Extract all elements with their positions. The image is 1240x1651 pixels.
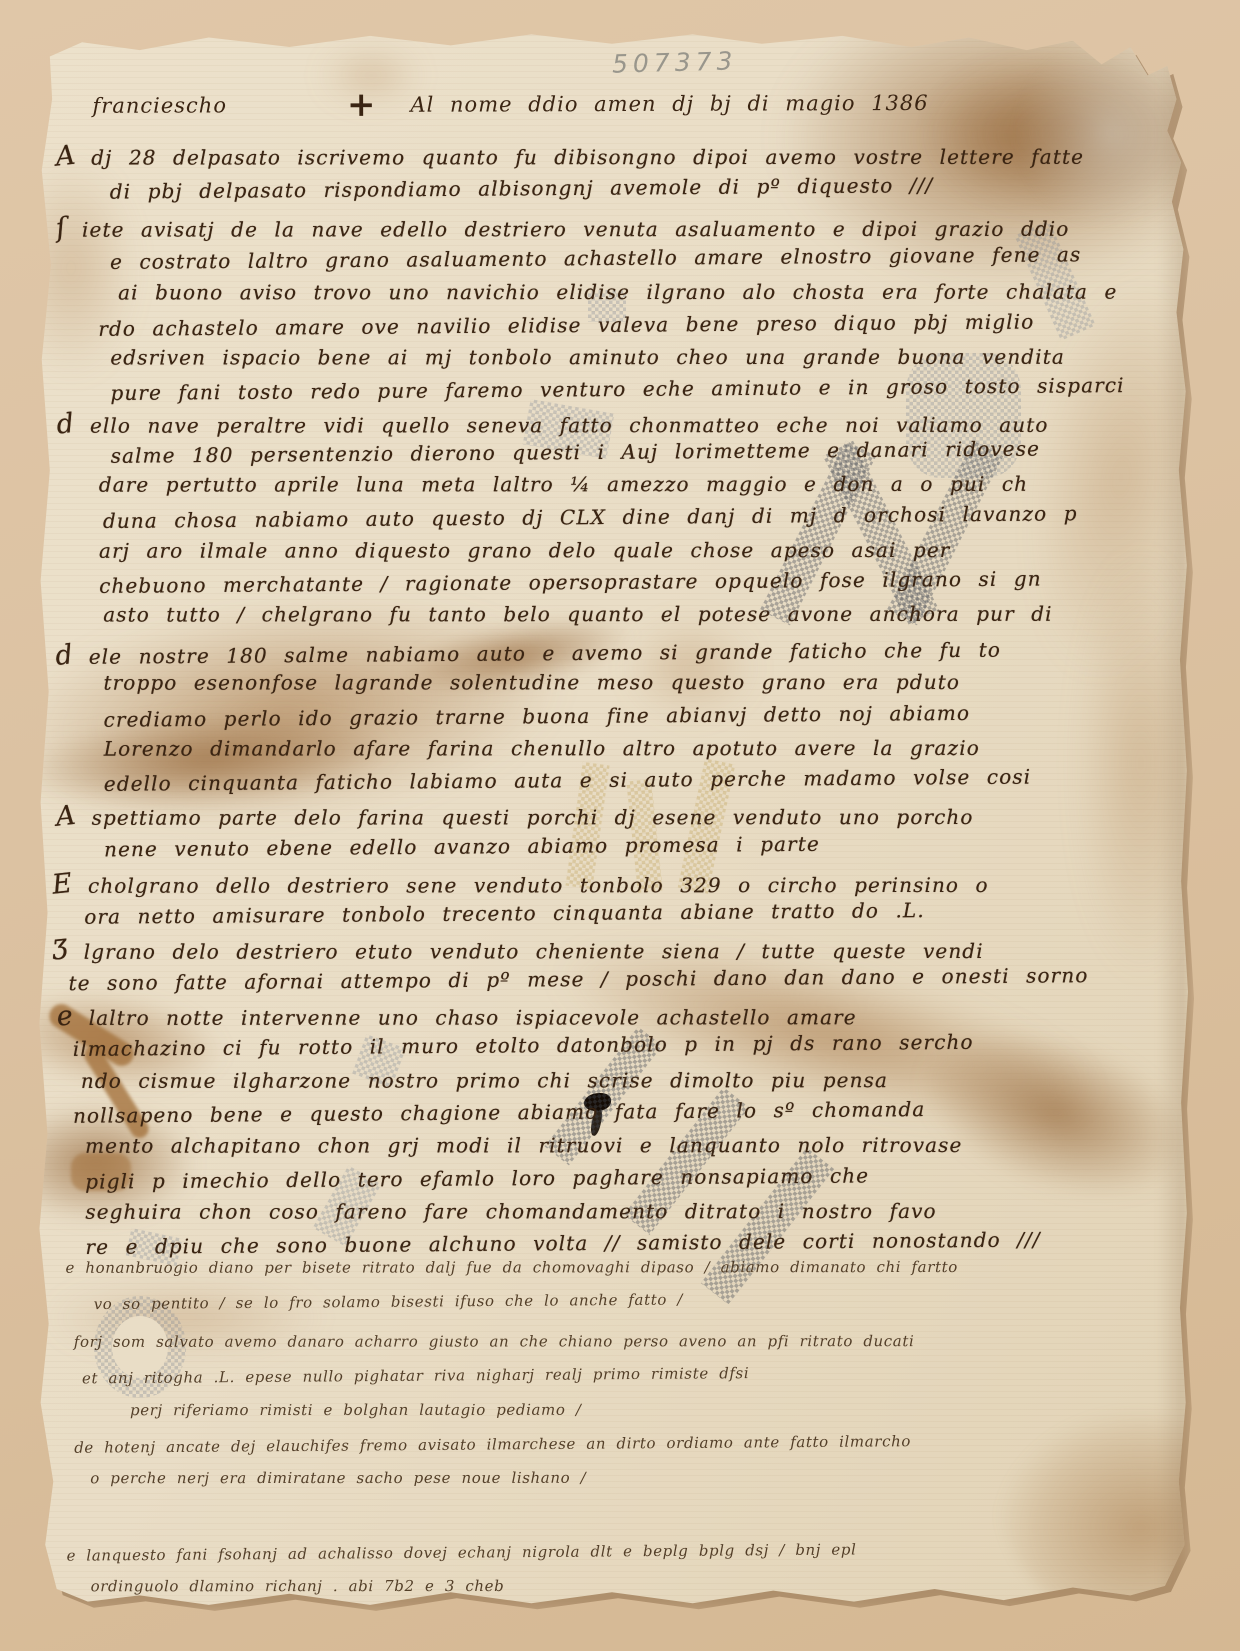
- sender-name: franciescho: [92, 93, 227, 117]
- manuscript-line: crediamo perlo ido grazio trarne buona f…: [104, 701, 971, 732]
- line-text: e honanbruogio diano per bisete ritrato …: [66, 1258, 958, 1277]
- line-text: lgrano delo destriero etuto venduto chen…: [84, 939, 984, 964]
- manuscript-line: chebuono merchatante / ragionate opersop…: [99, 566, 1042, 597]
- line-text: arj aro ilmale anno diquesto grano delo …: [99, 538, 950, 563]
- line-text: dj 28 delpasato iscrivemo quanto fu dibi…: [91, 145, 1084, 170]
- margin-initial: e: [55, 1000, 75, 1033]
- line-text: de hotenj ancate dej elauchifes fremo av…: [74, 1432, 911, 1457]
- line-text: edello cinquanta faticho labiamo auta e …: [104, 765, 1031, 796]
- manuscript-line: arj aro ilmale anno diquesto grano delo …: [99, 538, 950, 563]
- manuscript-line: seghuira chon coso fareno fare chomandam…: [85, 1199, 936, 1224]
- line-text: di pbj delpasato rispondiamo albisongnj …: [110, 173, 934, 203]
- margin-initial: d: [54, 639, 76, 672]
- line-text: nollsapeno bene e questo chagione abiamo…: [73, 1097, 926, 1128]
- line-text: laltro notte intervenne uno chaso ispiac…: [89, 1005, 857, 1030]
- line-text: mento alchapitano chon grj modi il ritru…: [85, 1133, 962, 1158]
- manuscript-line: Echolgrano dello destriero sene venduto …: [52, 868, 988, 900]
- manuscript-line: ſiete avisatj de la nave edello destrier…: [56, 212, 1070, 244]
- manuscript-line: nene venuto ebene edello avanzo abiamo p…: [104, 832, 820, 862]
- manuscript-line: pigli p imechio dello tero efamlo loro p…: [85, 1163, 869, 1193]
- line-text: salme 180 persentenzio dierono questi i …: [111, 437, 1040, 468]
- line-text: iete avisatj de la nave edello destriero…: [82, 217, 1069, 242]
- manuscript-line: Ʒlgrano delo destriero etuto venduto che…: [52, 934, 983, 966]
- line-text: edsriven ispacio bene ai mj tonbolo amin…: [110, 345, 1065, 370]
- line-text: ello nave peraltre vidi quello seneva fa…: [90, 413, 1049, 438]
- margin-initial: E: [51, 868, 75, 901]
- line-text: troppo esenonfose lagrande solentudine m…: [103, 670, 959, 695]
- manuscript-line: asto tutto / chelgrano fu tanto belo qua…: [103, 602, 1052, 627]
- line-text: pure fani tosto redo pure faremo venturo…: [110, 373, 1124, 405]
- line-text: seghuira chon coso fareno fare chomandam…: [85, 1199, 936, 1224]
- manuscript-line: vo so pentito / se lo fro solamo bisesti…: [94, 1290, 683, 1313]
- manuscript-line: mento alchapitano chon grj modi il ritru…: [85, 1133, 962, 1158]
- line-text: forj som salvato avemo danaro acharro gi…: [74, 1332, 915, 1351]
- line-text: o perche nerj era dimiratane sacho pese …: [90, 1469, 586, 1487]
- line-text: Lorenzo dimandarlo afare farina chenullo…: [104, 736, 980, 761]
- manuscript-line: dele nostre 180 salme nabiamo auto e ave…: [55, 633, 1001, 671]
- manuscript-line: e honanbruogio diano per bisete ritrato …: [66, 1258, 958, 1277]
- line-text: pigli p imechio dello tero efamlo loro p…: [85, 1163, 869, 1193]
- manuscript-line: ndo cismue ilgharzone nostro primo chi s…: [81, 1068, 888, 1093]
- manuscript-line: o perche nerj era dimiratane sacho pese …: [90, 1469, 586, 1487]
- manuscript-line: et anj ritogha .L. epese nullo pighatar …: [82, 1364, 749, 1387]
- manuscript-line: pure fani tosto redo pure faremo venturo…: [110, 373, 1124, 405]
- manuscript-line: di pbj delpasato rispondiamo albisongnj …: [110, 173, 934, 203]
- line-text: nene venuto ebene edello avanzo abiamo p…: [104, 832, 820, 862]
- manuscript-line: dello nave peraltre vidi quello seneva f…: [57, 408, 1049, 440]
- manuscript-line: Adj 28 delpasato iscrivemo quanto fu dib…: [56, 140, 1084, 172]
- manuscript-line: nollsapeno bene e questo chagione abiamo…: [73, 1097, 926, 1128]
- line-text: chebuono merchatante / ragionate opersop…: [99, 566, 1042, 597]
- invocation-line: Al nome ddio amen dj bj di magio 1386: [410, 91, 928, 117]
- line-text: dare pertutto aprile luna meta laltro ¼ …: [99, 472, 1028, 497]
- line-text: te sono fatte afornai attempo di pº mese…: [68, 963, 1088, 995]
- line-text: e costrato laltro grano asaluamento acha…: [110, 242, 1082, 274]
- manuscript-line: re e dpiu che sono buone alchuno volta /…: [85, 1227, 1040, 1259]
- line-text: ele nostre 180 salme nabiamo auto e avem…: [89, 638, 1001, 669]
- manuscript-line: elaltro notte intervenne uno chaso ispia…: [57, 1000, 857, 1032]
- mat-background: 507373 franciescho+Al nome ddio amen dj …: [0, 0, 1240, 1651]
- line-text: ilmachazino ci fu rotto il muro etolto d…: [73, 1030, 974, 1061]
- manuscript-line: Lorenzo dimandarlo afare farina chenullo…: [104, 736, 980, 761]
- manuscript-line: Aspettiamo parte delo farina questi porc…: [56, 800, 974, 832]
- line-text: rdo achastelo amare ove navilio elidise …: [98, 310, 1034, 341]
- margin-initial: A: [54, 800, 78, 833]
- line-text: ndo cismue ilgharzone nostro primo chi s…: [81, 1068, 888, 1093]
- manuscript-line: duna chosa nabiamo auto questo dj CLX di…: [103, 501, 1078, 533]
- manuscript-line: edello cinquanta faticho labiamo auta e …: [104, 765, 1031, 796]
- header-line: franciescho+Al nome ddio amen dj bj di m…: [92, 83, 928, 126]
- manuscript-line: ilmachazino ci fu rotto il muro etolto d…: [73, 1030, 974, 1061]
- manuscript-line: ordinguolo dlamino richanj . abi 7b2 e 3…: [91, 1577, 505, 1595]
- line-text: spettiamo parte delo farina questi porch…: [92, 805, 974, 830]
- manuscript-line: troppo esenonfose lagrande solentudine m…: [103, 670, 959, 695]
- margin-initial: A: [54, 140, 78, 173]
- cross-mark: +: [347, 85, 377, 125]
- manuscript-line: te sono fatte afornai attempo di pº mese…: [68, 963, 1088, 995]
- manuscript-line: de hotenj ancate dej elauchifes fremo av…: [74, 1432, 911, 1457]
- margin-initial: Ʒ: [51, 934, 71, 967]
- manuscript-line: ora netto amisurare tonbolo trecento cin…: [84, 898, 925, 929]
- line-text: perj riferiamo rimisti e bolghan lautagi…: [130, 1401, 581, 1419]
- manuscript-line: dare pertutto aprile luna meta laltro ¼ …: [99, 472, 1028, 497]
- line-text: ordinguolo dlamino richanj . abi 7b2 e 3…: [91, 1577, 505, 1595]
- line-text: crediamo perlo ido grazio trarne buona f…: [104, 701, 971, 732]
- line-text: duna chosa nabiamo auto questo dj CLX di…: [103, 501, 1078, 533]
- manuscript-line: salme 180 persentenzio dierono questi i …: [111, 437, 1040, 468]
- manuscript-line: rdo achastelo amare ove navilio elidise …: [98, 310, 1034, 341]
- manuscript-lines: franciescho+Al nome ddio amen dj bj di m…: [0, 0, 1240, 1651]
- line-text: asto tutto / chelgrano fu tanto belo qua…: [103, 602, 1052, 627]
- margin-initial: ſ: [54, 212, 68, 244]
- line-text: et anj ritogha .L. epese nullo pighatar …: [82, 1364, 749, 1387]
- line-text: vo so pentito / se lo fro solamo bisesti…: [94, 1290, 683, 1313]
- manuscript-line: e lanquesto fani fsohanj ad achalisso do…: [66, 1540, 856, 1564]
- manuscript-line: perj riferiamo rimisti e bolghan lautagi…: [130, 1401, 581, 1419]
- line-text: ora netto amisurare tonbolo trecento cin…: [84, 898, 925, 929]
- manuscript-line: ai buono aviso trovo uno navichio elidis…: [118, 280, 1117, 305]
- line-text: ai buono aviso trovo uno navichio elidis…: [118, 280, 1117, 305]
- manuscript-line: edsriven ispacio bene ai mj tonbolo amin…: [110, 345, 1065, 370]
- manuscript-line: forj som salvato avemo danaro acharro gi…: [74, 1332, 915, 1351]
- manuscript-line: e costrato laltro grano asaluamento acha…: [110, 242, 1082, 274]
- line-text: e lanquesto fani fsohanj ad achalisso do…: [66, 1540, 856, 1564]
- line-text: cholgrano dello destriero sene venduto t…: [88, 873, 989, 898]
- margin-initial: d: [55, 408, 77, 441]
- line-text: re e dpiu che sono buone alchuno volta /…: [85, 1227, 1040, 1259]
